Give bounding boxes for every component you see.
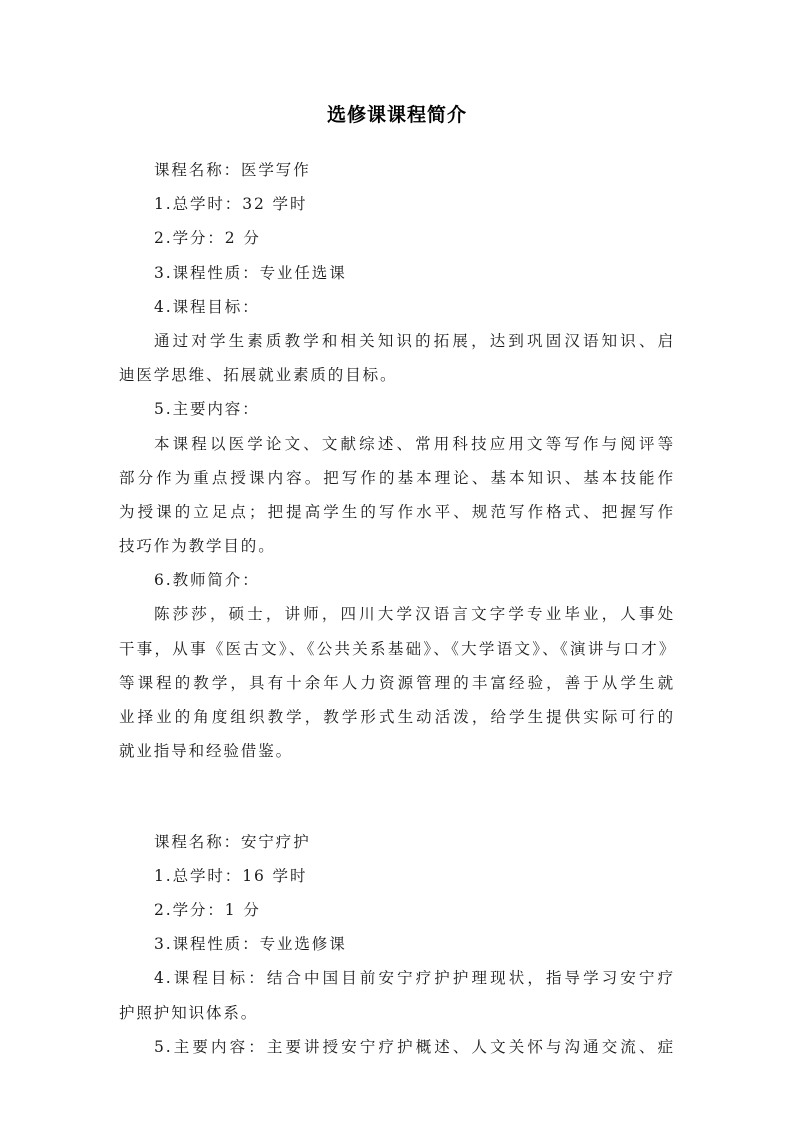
course-section-hospice-care: 课程名称：安宁疗护 1.总学时：16 学时 2.学分：1 分 3.课程性质：专业… (119, 825, 675, 1064)
course-content-text: 部分作为重点授课内容。把写作的基本理论、基本知识、基本技能作 (119, 461, 675, 495)
course-nature: 3.课程性质：专业任选课 (119, 256, 675, 290)
course-credits: 2.学分：1 分 (119, 893, 675, 927)
section-spacer (119, 768, 675, 802)
document-body: 课程名称：医学写作 1.总学时：32 学时 2.学分：2 分 3.课程性质：专业… (119, 153, 675, 1064)
teacher-heading: 6.教师简介： (119, 563, 675, 597)
course-content-text: 技巧作为教学目的。 (119, 529, 675, 563)
course-content-heading: 5.主要内容： (119, 392, 675, 426)
course-goal-text: 通过对学生素质教学和相关知识的拓展，达到巩固汉语知识、启 (119, 324, 675, 358)
section-spacer (119, 803, 675, 825)
teacher-bio-text: 业择业的角度组织教学，教学形式生动活泼，给学生提供实际可行的 (119, 700, 675, 734)
course-goal-text: 护照护知识体系。 (119, 996, 675, 1030)
course-content-text: 本课程以医学论文、文献综述、常用科技应用文等写作与阅评等 (119, 427, 675, 461)
course-goal-text: 迪医学思维、拓展就业素质的目标。 (119, 358, 675, 392)
course-goal-heading: 4.课程目标： (119, 290, 675, 324)
course-name: 课程名称：安宁疗护 (119, 825, 675, 859)
document-title: 选修课课程简介 (119, 100, 675, 127)
teacher-bio-text: 就业指导和经验借鉴。 (119, 734, 675, 768)
course-nature: 3.课程性质：专业选修课 (119, 927, 675, 961)
course-content-text: 为授课的立足点；把提高学生的写作水平、规范写作格式、把握写作 (119, 495, 675, 529)
course-name: 课程名称：医学写作 (119, 153, 675, 187)
course-hours: 1.总学时：32 学时 (119, 187, 675, 221)
teacher-bio-text: 等课程的教学，具有十余年人力资源管理的丰富经验，善于从学生就 (119, 666, 675, 700)
course-goal-text: 4.课程目标：结合中国目前安宁疗护护理现状，指导学习安宁疗 (119, 961, 675, 995)
course-hours: 1.总学时：16 学时 (119, 859, 675, 893)
course-section-medical-writing: 课程名称：医学写作 1.总学时：32 学时 2.学分：2 分 3.课程性质：专业… (119, 153, 675, 768)
course-credits: 2.学分：2 分 (119, 221, 675, 255)
teacher-bio-text: 陈莎莎，硕士，讲师，四川大学汉语言文字学专业毕业，人事处 (119, 597, 675, 631)
teacher-bio-text: 干事，从事《医古文》、《公共关系基础》、《大学语文》、《演讲与口才》 (119, 632, 675, 666)
course-content-text: 5.主要内容：主要讲授安宁疗护概述、人文关怀与沟通交流、症 (119, 1030, 675, 1064)
